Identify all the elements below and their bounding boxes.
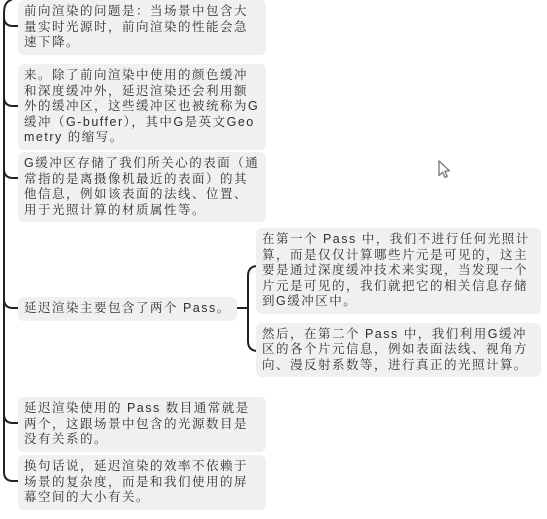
mindmap-node-pass-2[interactable]: 然后，在第二个 Pass 中，我们利用G缓冲区的各个片元信息，例如表面法线、视角… <box>256 323 541 378</box>
node-text: 来。除了前向渲染中使用的颜色缓冲和深度缓冲外，延迟渲染还会利用额外的缓冲区，这些… <box>24 68 259 144</box>
mindmap-node-pass-count[interactable]: 延迟渲染使用的 Pass 数目通常就是两个，这跟场景中包含的光源数目是没有关系的… <box>18 397 266 452</box>
node-text: 换句话说，延迟渲染的效率不依赖于场景的复杂度，而是和我们使用的屏幕空间的大小有关… <box>24 459 248 504</box>
mindmap-node-g-buffer-content[interactable]: G缓冲区存储了我们所关心的表面（通常指的是离摄像机最近的表面）的其他信息，例如该… <box>18 152 266 222</box>
mindmap-node-pass-1[interactable]: 在第一个 Pass 中，我们不进行任何光照计算，而是仅仅计算哪些片元是可见的，这… <box>256 228 541 314</box>
two-passes-children-group: 在第一个 Pass 中，我们不进行任何光照计算，而是仅仅计算哪些片元是可见的，这… <box>256 228 541 377</box>
mindmap-node-two-passes[interactable]: 延迟渲染主要包含了两个 Pass。 <box>18 297 237 321</box>
mindmap-node-g-buffer-intro[interactable]: 来。除了前向渲染中使用的颜色缓冲和深度缓冲外，延迟渲染还会利用额外的缓冲区，这些… <box>18 64 266 150</box>
mindmap-node-forward-rendering-problem[interactable]: 前向渲染的问题是：当场景中包含大量实时光源时，前向渲染的性能会急速下降。 <box>18 0 266 55</box>
node-text: 延迟渲染主要包含了两个 Pass。 <box>24 301 231 315</box>
node-text: 延迟渲染使用的 Pass 数目通常就是两个，这跟场景中包含的光源数目是没有关系的… <box>24 401 250 446</box>
mindmap-canvas[interactable]: 前向渲染的问题是：当场景中包含大量实时光源时，前向渲染的性能会急速下降。 来。除… <box>0 0 547 519</box>
mouse-cursor-icon <box>438 160 454 180</box>
mindmap-node-screen-space[interactable]: 换句话说，延迟渲染的效率不依赖于场景的复杂度，而是和我们使用的屏幕空间的大小有关… <box>18 455 266 510</box>
node-text: 然后，在第二个 Pass 中，我们利用G缓冲区的各个片元信息，例如表面法线、视角… <box>262 327 528 372</box>
node-text: 前向渲染的问题是：当场景中包含大量实时光源时，前向渲染的性能会急速下降。 <box>24 4 248 49</box>
node-text: G缓冲区存储了我们所关心的表面（通常指的是离摄像机最近的表面）的其他信息，例如该… <box>24 156 259 217</box>
node-text: 在第一个 Pass 中，我们不进行任何光照计算，而是仅仅计算哪些片元是可见的，这… <box>262 232 530 308</box>
